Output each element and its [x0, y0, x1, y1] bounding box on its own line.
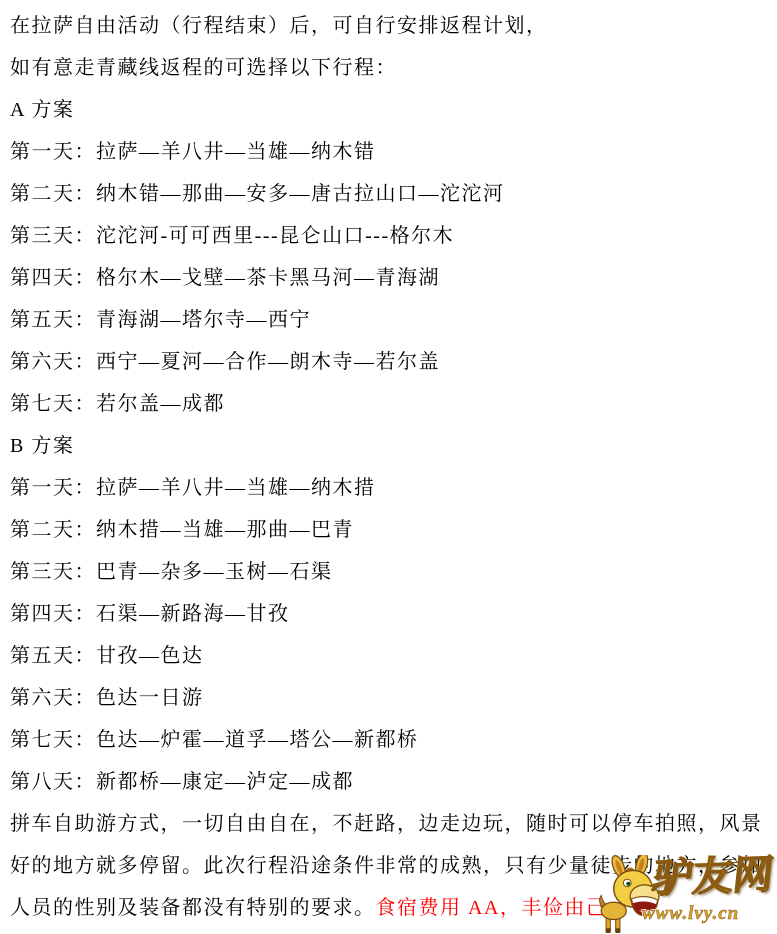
text-segment: 第七天：若尔盖—成都	[10, 387, 225, 416]
text-segment: 第六天：色达一日游	[10, 681, 204, 710]
text-segment: 第一天：拉萨—羊八井—当雄—纳木措	[10, 471, 376, 500]
plan-a-title: A 方案	[10, 86, 771, 128]
plan-a-day: 第三天：沱沱河-可可西里---昆仑山口---格尔木	[10, 212, 771, 254]
plan-b-day: 第五天：甘孜—色达	[10, 632, 771, 674]
text-segment: B 方案	[10, 429, 74, 458]
plan-a-day: 第六天：西宁—夏河—合作—朗木寺—若尔盖	[10, 338, 771, 380]
plan-b-day: 第六天：色达一日游	[10, 674, 771, 716]
text-segment: 第四天：石渠—新路海—甘孜	[10, 597, 290, 626]
intro-line: 在拉萨自由活动（行程结束）后，可自行安排返程计划，	[10, 2, 771, 44]
text-segment: 第二天：纳木错—那曲—安多—唐古拉山口—沱沱河	[10, 177, 505, 206]
text-segment: 第五天：甘孜—色达	[10, 639, 204, 668]
plan-a-day: 第二天：纳木错—那曲—安多—唐古拉山口—沱沱河	[10, 170, 771, 212]
plan-a-day: 第五天：青海湖—塔尔寺—西宁	[10, 296, 771, 338]
plan-b-day: 第二天：纳木措—当雄—那曲—巴青	[10, 506, 771, 548]
plan-b-day: 第七天：色达—炉霍—道孚—塔公—新都桥	[10, 716, 771, 758]
text-segment: 第七天：色达—炉霍—道孚—塔公—新都桥	[10, 723, 419, 752]
itinerary-text: 在拉萨自由活动（行程结束）后，可自行安排返程计划，如有意走青藏线返程的可选择以下…	[10, 2, 771, 926]
text-segment: 好的地方就多停留。此次行程沿途条件非常的成熟，只有少量徒步的地方，参加	[10, 849, 763, 878]
plan-a-day: 第四天：格尔木—戈壁—茶卡黑马河—青海湖	[10, 254, 771, 296]
text-segment: A 方案	[10, 93, 74, 122]
text-segment: 第八天：新都桥—康定—泸定—成都	[10, 765, 354, 794]
text-segment: 如有意走青藏线返程的可选择以下行程：	[10, 51, 397, 80]
intro-line: 如有意走青藏线返程的可选择以下行程：	[10, 44, 771, 86]
document-page: 在拉萨自由活动（行程结束）后，可自行安排返程计划，如有意走青藏线返程的可选择以下…	[0, 0, 777, 934]
text-segment: 第三天：巴青—杂多—玉树—石渠	[10, 555, 333, 584]
text-segment: 在拉萨自由活动（行程结束）后，可自行安排返程计划，	[10, 9, 548, 38]
text-segment: 拼车自助游方式，一切自由自在，不赶路，边走边玩，随时可以停车拍照，风景	[10, 807, 763, 836]
plan-b-day: 第三天：巴青—杂多—玉树—石渠	[10, 548, 771, 590]
text-segment: 人员的性别及装备都没有特别的要求。	[10, 891, 376, 920]
text-segment: 第四天：格尔木—戈壁—茶卡黑马河—青海湖	[10, 261, 440, 290]
plan-b-title: B 方案	[10, 422, 771, 464]
closing-line: 人员的性别及装备都没有特别的要求。食宿费用 AA，丰俭由己。	[10, 884, 771, 926]
plan-a-day: 第一天：拉萨—羊八井—当雄—纳木错	[10, 128, 771, 170]
text-segment: 第六天：西宁—夏河—合作—朗木寺—若尔盖	[10, 345, 440, 374]
plan-b-day: 第八天：新都桥—康定—泸定—成都	[10, 758, 771, 800]
text-segment: 第一天：拉萨—羊八井—当雄—纳木错	[10, 135, 376, 164]
text-segment: 第三天：沱沱河-可可西里---昆仑山口---格尔木	[10, 219, 454, 248]
closing-line: 拼车自助游方式，一切自由自在，不赶路，边走边玩，随时可以停车拍照，风景	[10, 800, 771, 842]
closing-line: 好的地方就多停留。此次行程沿途条件非常的成熟，只有少量徒步的地方，参加	[10, 842, 771, 884]
plan-b-day: 第四天：石渠—新路海—甘孜	[10, 590, 771, 632]
plan-b-day: 第一天：拉萨—羊八井—当雄—纳木措	[10, 464, 771, 506]
text-segment: 第二天：纳木措—当雄—那曲—巴青	[10, 513, 354, 542]
text-segment: 第五天：青海湖—塔尔寺—西宁	[10, 303, 311, 332]
plan-a-day: 第七天：若尔盖—成都	[10, 380, 771, 422]
highlight-red-text: 食宿费用 AA，丰俭由己。	[376, 891, 629, 920]
